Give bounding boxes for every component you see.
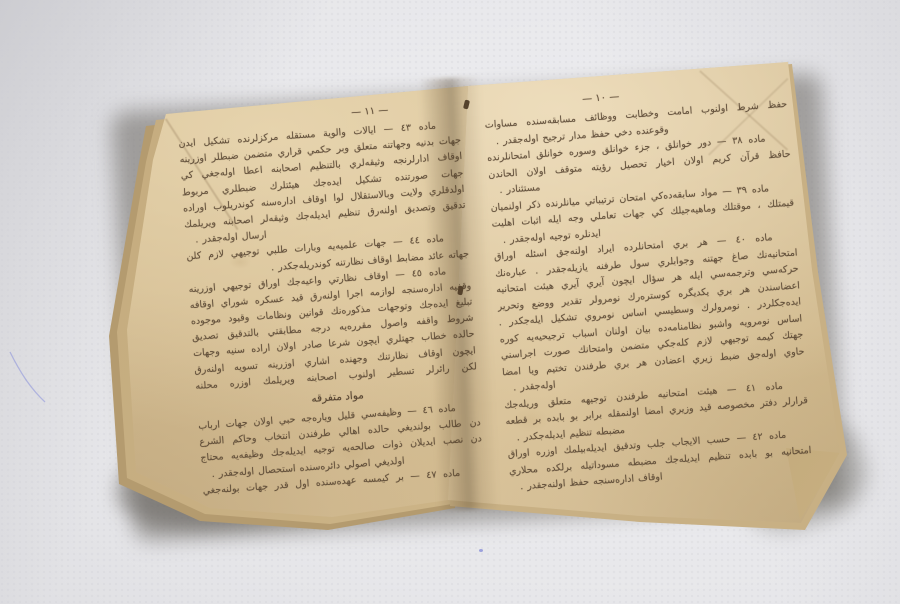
right-page-text: — ١٠ — حفظ شرط اولنوب امامت وخطابت ووظائ… xyxy=(483,78,813,497)
left-page-text: — ١١ — ماده ٤٣ — ايالات والوية مستقله مر… xyxy=(177,98,485,500)
blue-ink-mark xyxy=(0,340,60,410)
photo-of-open-book: — ١١ — ماده ٤٣ — ايالات والوية مستقله مر… xyxy=(0,0,900,604)
blue-ink-dot xyxy=(479,549,483,552)
